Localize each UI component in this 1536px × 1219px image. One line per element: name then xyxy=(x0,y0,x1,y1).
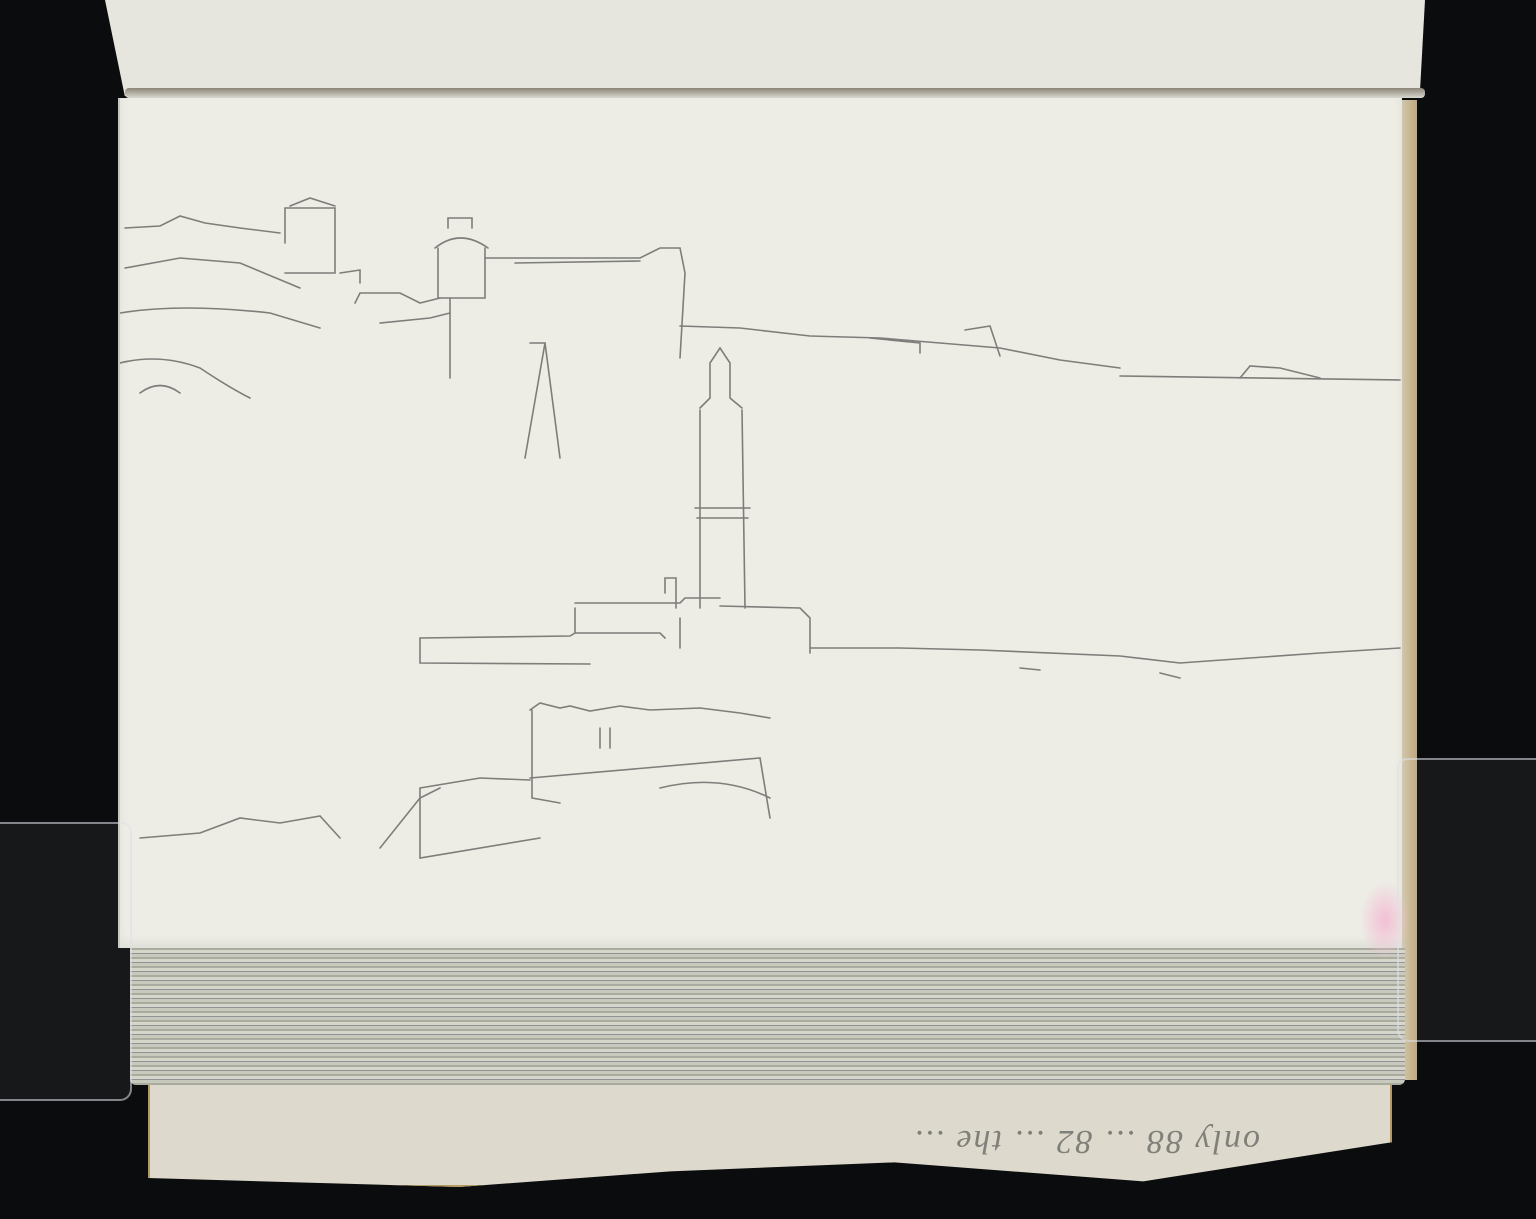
page-clip-right xyxy=(1397,758,1536,1042)
page-clip-left xyxy=(0,822,132,1101)
page-stack-edge xyxy=(130,945,1405,1085)
sketch-page xyxy=(118,98,1402,948)
pencil-sketch xyxy=(120,98,1402,948)
sketchbook-photo: only 88 ... 82 ... the ... xyxy=(0,0,1536,1219)
facing-page xyxy=(105,0,1425,96)
inverted-inscription: only 88 ... 82 ... the ... xyxy=(210,1080,1260,1160)
page-fold xyxy=(125,88,1425,98)
